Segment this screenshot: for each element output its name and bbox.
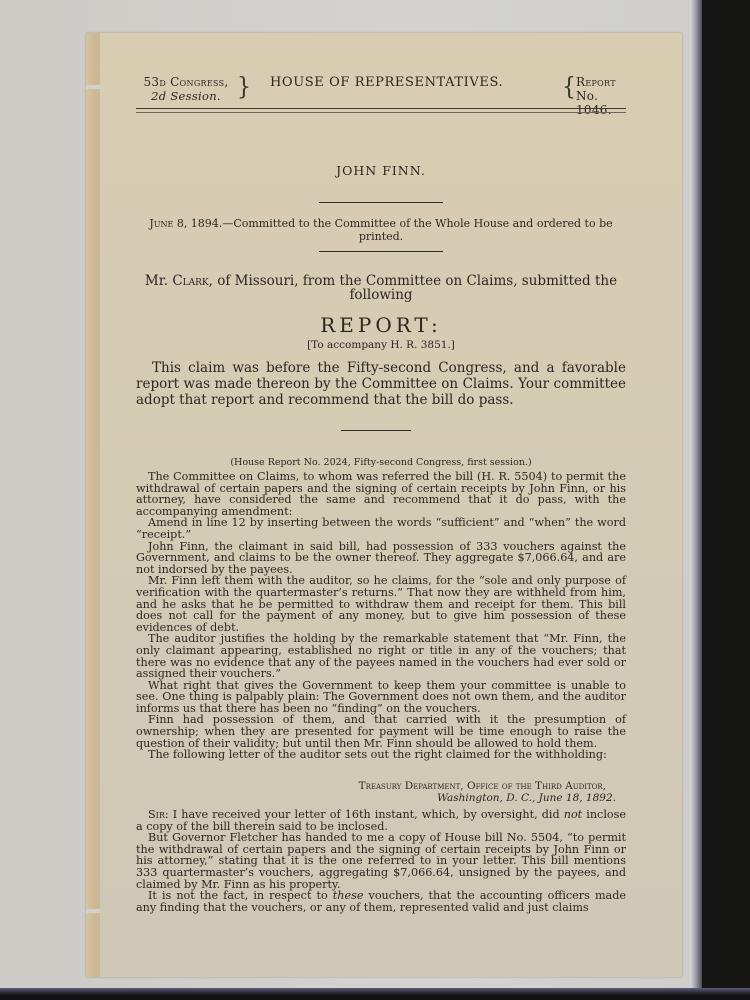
report-body: The Committee on Claims, to whom was ref… xyxy=(136,471,626,761)
frame-edge xyxy=(690,0,702,990)
house-report-reference: (House Report No. 2024, Fifty-second Con… xyxy=(136,457,626,468)
masthead: 53d Congress, 2d Session. } HOUSE OF REP… xyxy=(136,75,626,105)
body-paragraph: John Finn, the claimant in said bill, ha… xyxy=(136,541,626,576)
letter-office: Treasury Department, Office of the Third… xyxy=(136,780,616,792)
body-paragraph: What right that gives the Government to … xyxy=(136,680,626,715)
committed-date: June 8, 1894. xyxy=(149,217,222,230)
report-heading: REPORT: xyxy=(136,313,626,337)
body-paragraph: The auditor justifies the holding by the… xyxy=(136,633,626,679)
committed-text: —Committed to the Committee of the Whole… xyxy=(222,217,612,243)
member-name: Clark xyxy=(172,273,208,289)
committed-note: June 8, 1894.—Committed to the Committee… xyxy=(136,217,626,243)
letter-place-date: Washington, D. C., June 18, 1892. xyxy=(136,792,616,804)
divider xyxy=(319,202,443,203)
binding-notch xyxy=(86,85,100,89)
binding-edge xyxy=(86,33,100,977)
letter-body: Sir: I have received your letter of 16th… xyxy=(136,809,626,913)
divider xyxy=(319,251,443,252)
congress-session: 53d Congress, 2d Session. xyxy=(136,75,236,103)
frame-bottom xyxy=(0,988,750,1000)
body-paragraph: Amend in line 12 by inserting between th… xyxy=(136,517,626,540)
body-paragraph: The Committee on Claims, to whom was ref… xyxy=(136,471,626,517)
letter-heading: Treasury Department, Office of the Third… xyxy=(136,780,616,804)
document-page: 53d Congress, 2d Session. } HOUSE OF REP… xyxy=(86,33,682,977)
house-heading: HOUSE OF REPRESENTATIVES. xyxy=(270,75,503,90)
letter-paragraph: Sir: I have received your letter of 16th… xyxy=(136,809,626,832)
session: 2d Session. xyxy=(136,89,236,103)
dark-background xyxy=(702,0,750,1000)
congress: 53d Congress, xyxy=(136,75,236,89)
letter-emphasis: not xyxy=(564,808,582,821)
submission-prefix: Mr. xyxy=(145,273,172,289)
binding-notch xyxy=(86,909,100,913)
letter-paragraph: It is not the fact, in respect to these … xyxy=(136,890,626,913)
accompany-note: [To accompany H. R. 3851.] xyxy=(136,339,626,351)
body-paragraph: Finn had possession of them, and that ca… xyxy=(136,714,626,749)
lead-paragraph: This claim was before the Fifty-second C… xyxy=(136,360,626,408)
report-label: Report xyxy=(576,75,626,89)
body-paragraph: Mr. Finn left them with the auditor, so … xyxy=(136,575,626,633)
body-paragraph: The following letter of the auditor sets… xyxy=(136,749,626,761)
submission-line: Mr. Clark, of Missouri, from the Committ… xyxy=(136,274,626,302)
brace-right: } xyxy=(237,74,251,103)
letter-paragraph: But Governor Fletcher has handed to me a… xyxy=(136,832,626,890)
masthead-rule xyxy=(136,108,626,113)
brace-left: { xyxy=(562,74,576,103)
document-title: JOHN FINN. xyxy=(136,163,626,178)
submission-text: , of Missouri, from the Committee on Cla… xyxy=(209,273,617,303)
divider xyxy=(341,430,411,431)
